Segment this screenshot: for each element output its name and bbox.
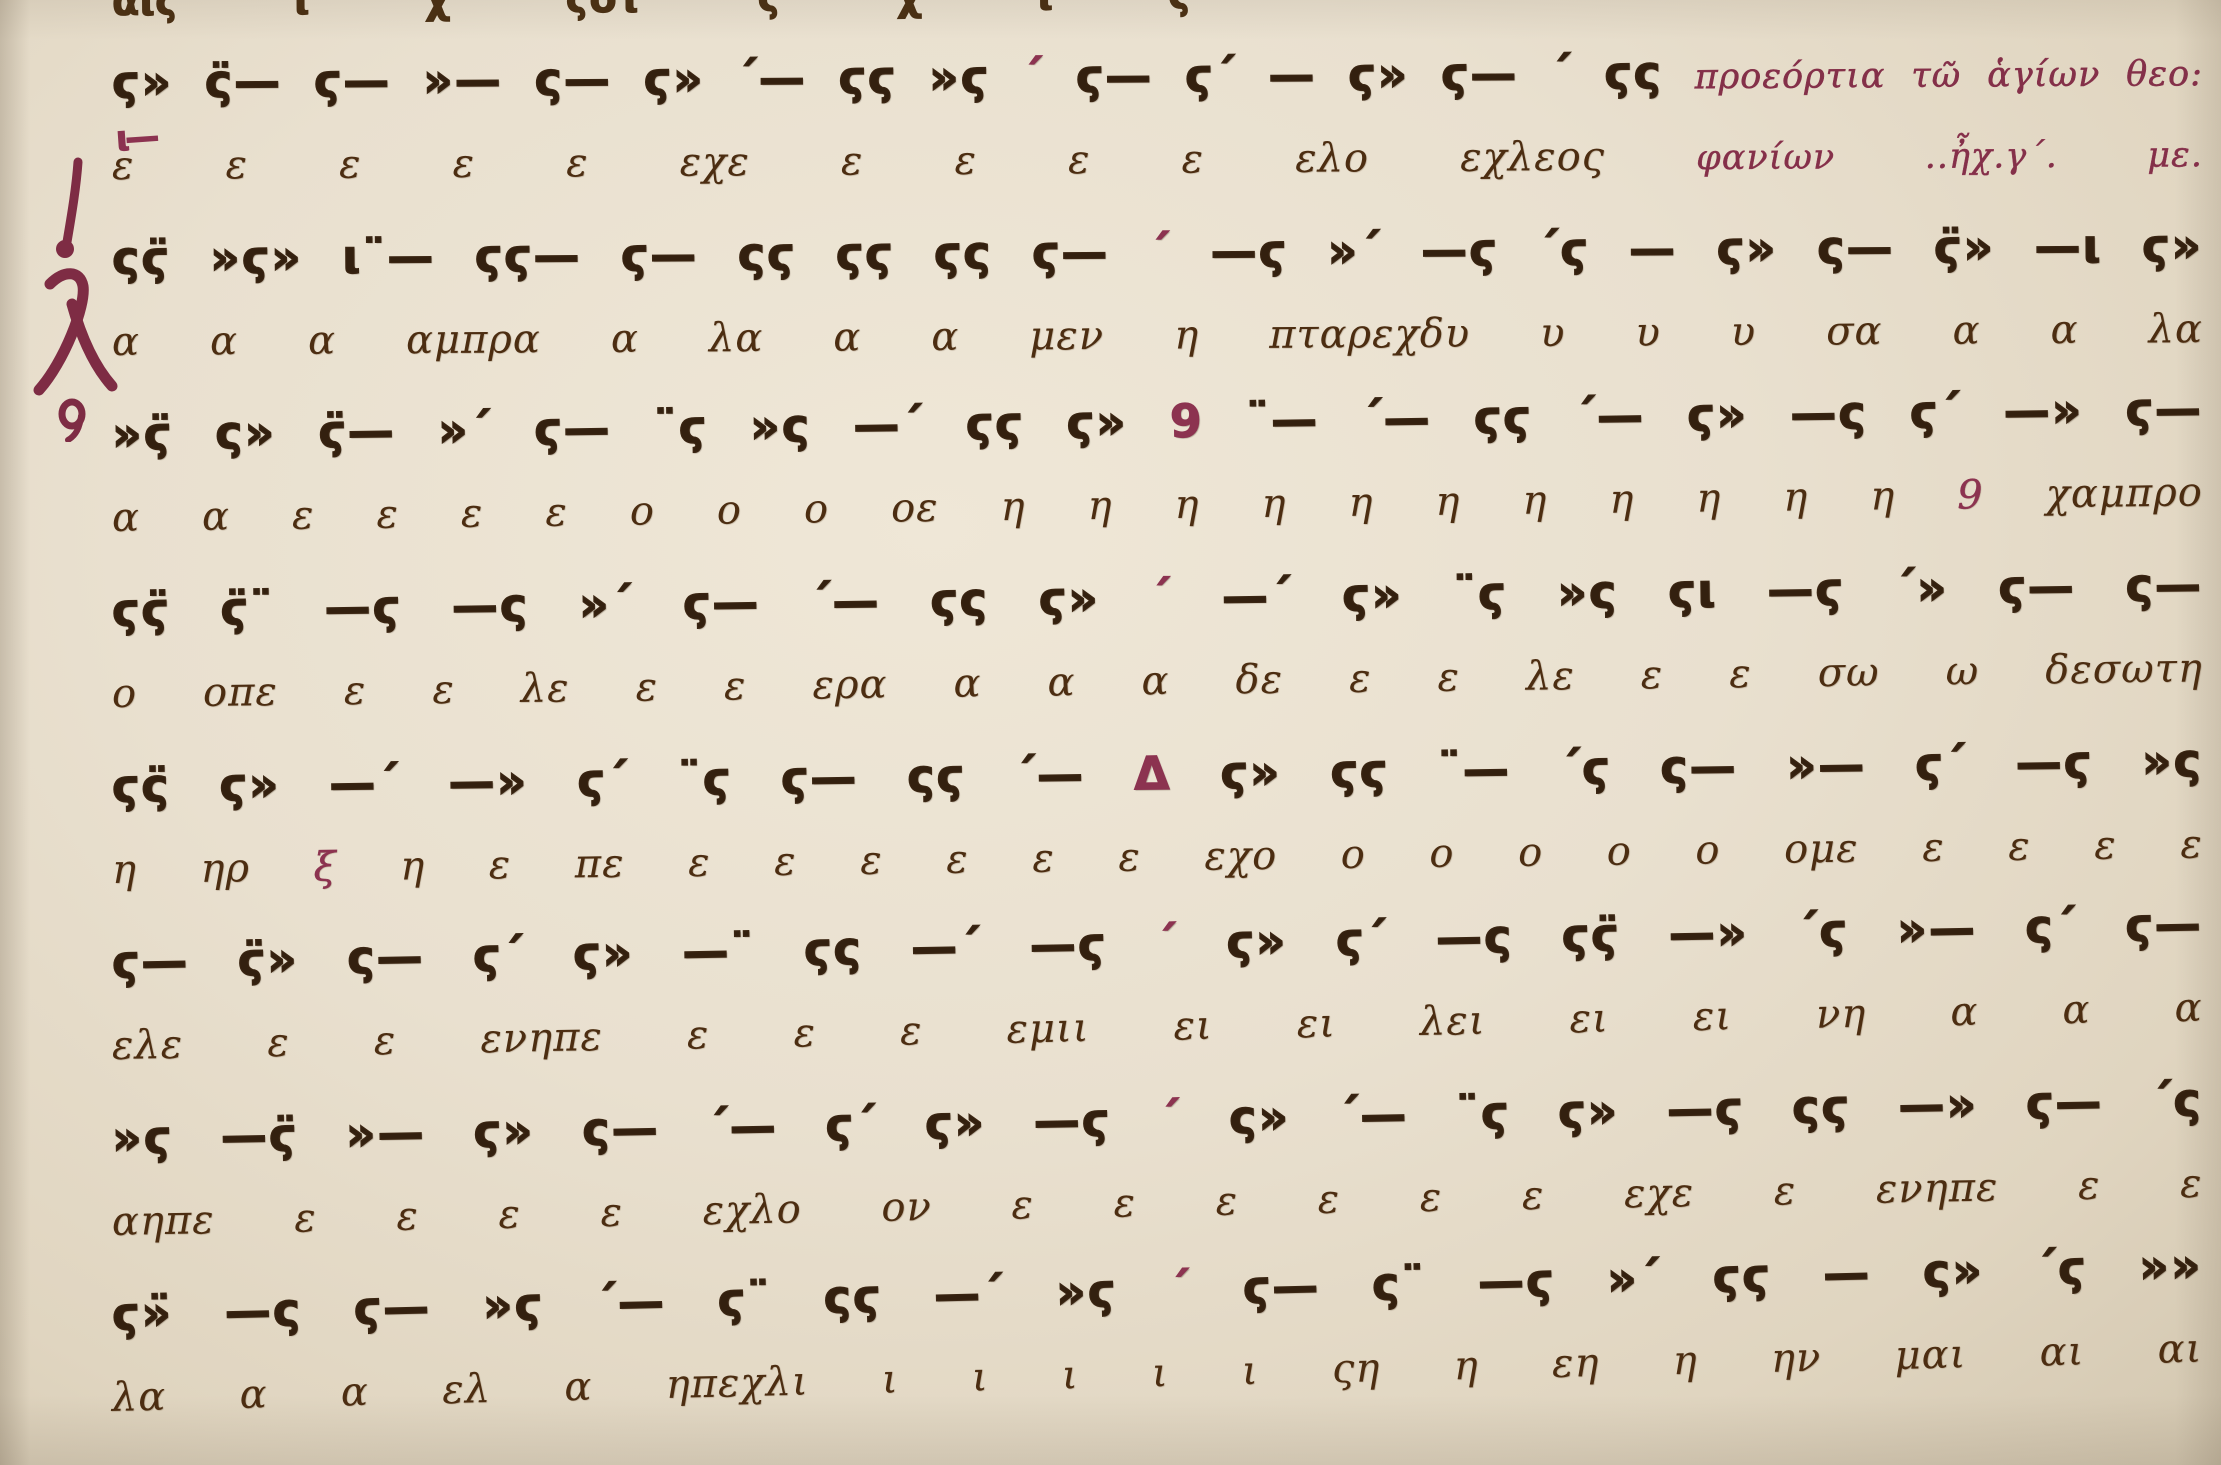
neume-line: ϛ» ς̈— ϛ— »— ς— ϛ» ΄— ϛϛ »ϛ ΄ ϛ— ϛ΄ — ϛ»… (112, 25, 2204, 130)
neume-segment: ϛϛ̈ ϛ̈¨ —ϛ —ς »΄ ϛ— ΄— ϛς ϛ» (112, 571, 1100, 637)
lyric-segment: ξ (313, 844, 337, 890)
fragment-line: αιϛ̈ ι χ ϛοτ ϛ χ ι ϛ (112, 0, 1192, 32)
neume-segment: ϛς̈ ϛ» —΄ —» ϛ΄ ¨ϛ ϛ— ςϛ ΄— (112, 747, 1086, 813)
neume-segment: ΄ (1158, 1091, 1181, 1145)
neume-segment: ϛ» ϛϛ ¨— ΄ϛ ς— »— ϛ΄ —ϛ »ς (1220, 733, 2203, 799)
neume-segment: ϛ— ς¨ —ϛ »΄ ϛϛ — ς» ΄ϛ »» (1242, 1238, 2203, 1315)
mode-signature-initial (22, 152, 122, 442)
lyric-segment: η ηρ (112, 845, 251, 893)
lyric-segment: α α ε ε ε ε ο ο ο οε η η η η η η η η η η… (112, 473, 1896, 541)
neume-segment: ϛ— ϛ̈» ς— ϛ΄ ϛ» —¨ ϛς —΄ —ϛ (111, 917, 1107, 989)
lyric-line: ε ε ε ε ε εχε ε ε ε ε ελο εχλεος φανίων … (112, 121, 2203, 210)
neume-segment: »ϛ̈ ς» ϛ̈— »΄ ϛ— ¨ϛ »ς —΄ ϛϛ ϛ» (112, 395, 1128, 461)
neume-segment: ΄ (1149, 225, 1172, 279)
neume-line: ςϛ̈ »ϛ» ι¨— ϛϛ— ϛ— ςϛ ϛϛ ϛς ϛ— ΄ —ϛ »΄ —… (112, 201, 2204, 306)
manuscript-page: αιϛ̈ ι χ ϛοτ ϛ χ ι ϛϛ» ς̈— ϛ— »— ς— ϛ» ΄… (0, 0, 2221, 1465)
neume-segment: Δ (1134, 746, 1172, 800)
neume-segment: ς» ΄— ¨ϛ ϛ» —ϛ ςϛ —» ϛ— ΄ς (1229, 1073, 2204, 1145)
neume-segment: »ϛ —ϛ̈ »— ϛ» ς— ΄— ϛ΄ ϛ» —ϛ (111, 1093, 1111, 1165)
neume-segment: ΄ (1168, 1262, 1192, 1317)
lyric-segment: ο οπε ε ε λε ε ε ερα α α α δε ε ε λε ε ε… (112, 645, 2203, 717)
martyria-icon (22, 152, 122, 442)
manuscript-body: αιϛ̈ ι χ ϛοτ ϛ χ ι ϛϛ» ς̈— ϛ— »— ς— ϛ» ΄… (0, 0, 2221, 1465)
lyric-segment: 9 (1957, 472, 1984, 518)
neume-segment: ϛ— ϛ΄ — ϛ» ϛ— ΄ ϛς (1076, 46, 1663, 104)
lyric-segment: η ε πε ε ε ε ε ε ε εχο ο ο ο ο ο ομε ε ε… (400, 821, 2203, 889)
neume-segment: ϛ»̈ —ς ϛ— »ϛ ΄— ϛ¨ ςϛ —΄ »ϛ (111, 1263, 1117, 1341)
neume-segment: —΄ ϛ» ¨ϛ »ς ϛι —ϛ ΄» ϛ— ς— (1222, 557, 2204, 623)
neume-segment: ϛ» ϛ΄ —ς ϛϛ̈ —» ΄ϛ »— ς΄ ϛ— (1226, 897, 2203, 969)
lyric-segment: ε ε ε ε ε εχε ε ε ε ε ελο εχλεος (112, 134, 1605, 189)
neume-segment: —ϛ »΄ —ϛ ΄ϛ — ϛ» ς— ϛ̈» —ι ϛ» (1211, 218, 2204, 278)
rubric-heading: προεόρτια τῶ ἁγίων θεο: (1695, 54, 2204, 97)
neume-segment: ΄ (1155, 915, 1178, 969)
lyric-segment: α α α αμπρα α λα α α μεν η πταρεχδυ υ υ … (112, 306, 2203, 365)
neume-segment: ϛ» ς̈— ϛ— »— ς— ϛ» ΄— ϛϛ »ϛ (112, 50, 990, 109)
neume-segment: ςϛ̈ »ϛ» ι¨— ϛϛ— ϛ— ςϛ ϛϛ ϛς ϛ— (112, 225, 1110, 285)
neume-segment: ΄ (1022, 49, 1045, 103)
neume-segment: 9 (1170, 394, 1205, 448)
lyric-segment: χαμπρο (2045, 469, 2203, 517)
fragment-segment: αιϛ̈ ι χ ϛοτ ϛ χ ι ϛ (112, 0, 1192, 25)
rubric-mode: φανίων ..ἦχ.γ΄. με. (1696, 135, 2203, 178)
neume-segment: ¨— ΄— ϛϛ ΄— ϛ» —ς ϛ΄ —» ϛ— (1246, 381, 2203, 447)
neume-segment: ΄ (1149, 570, 1172, 624)
